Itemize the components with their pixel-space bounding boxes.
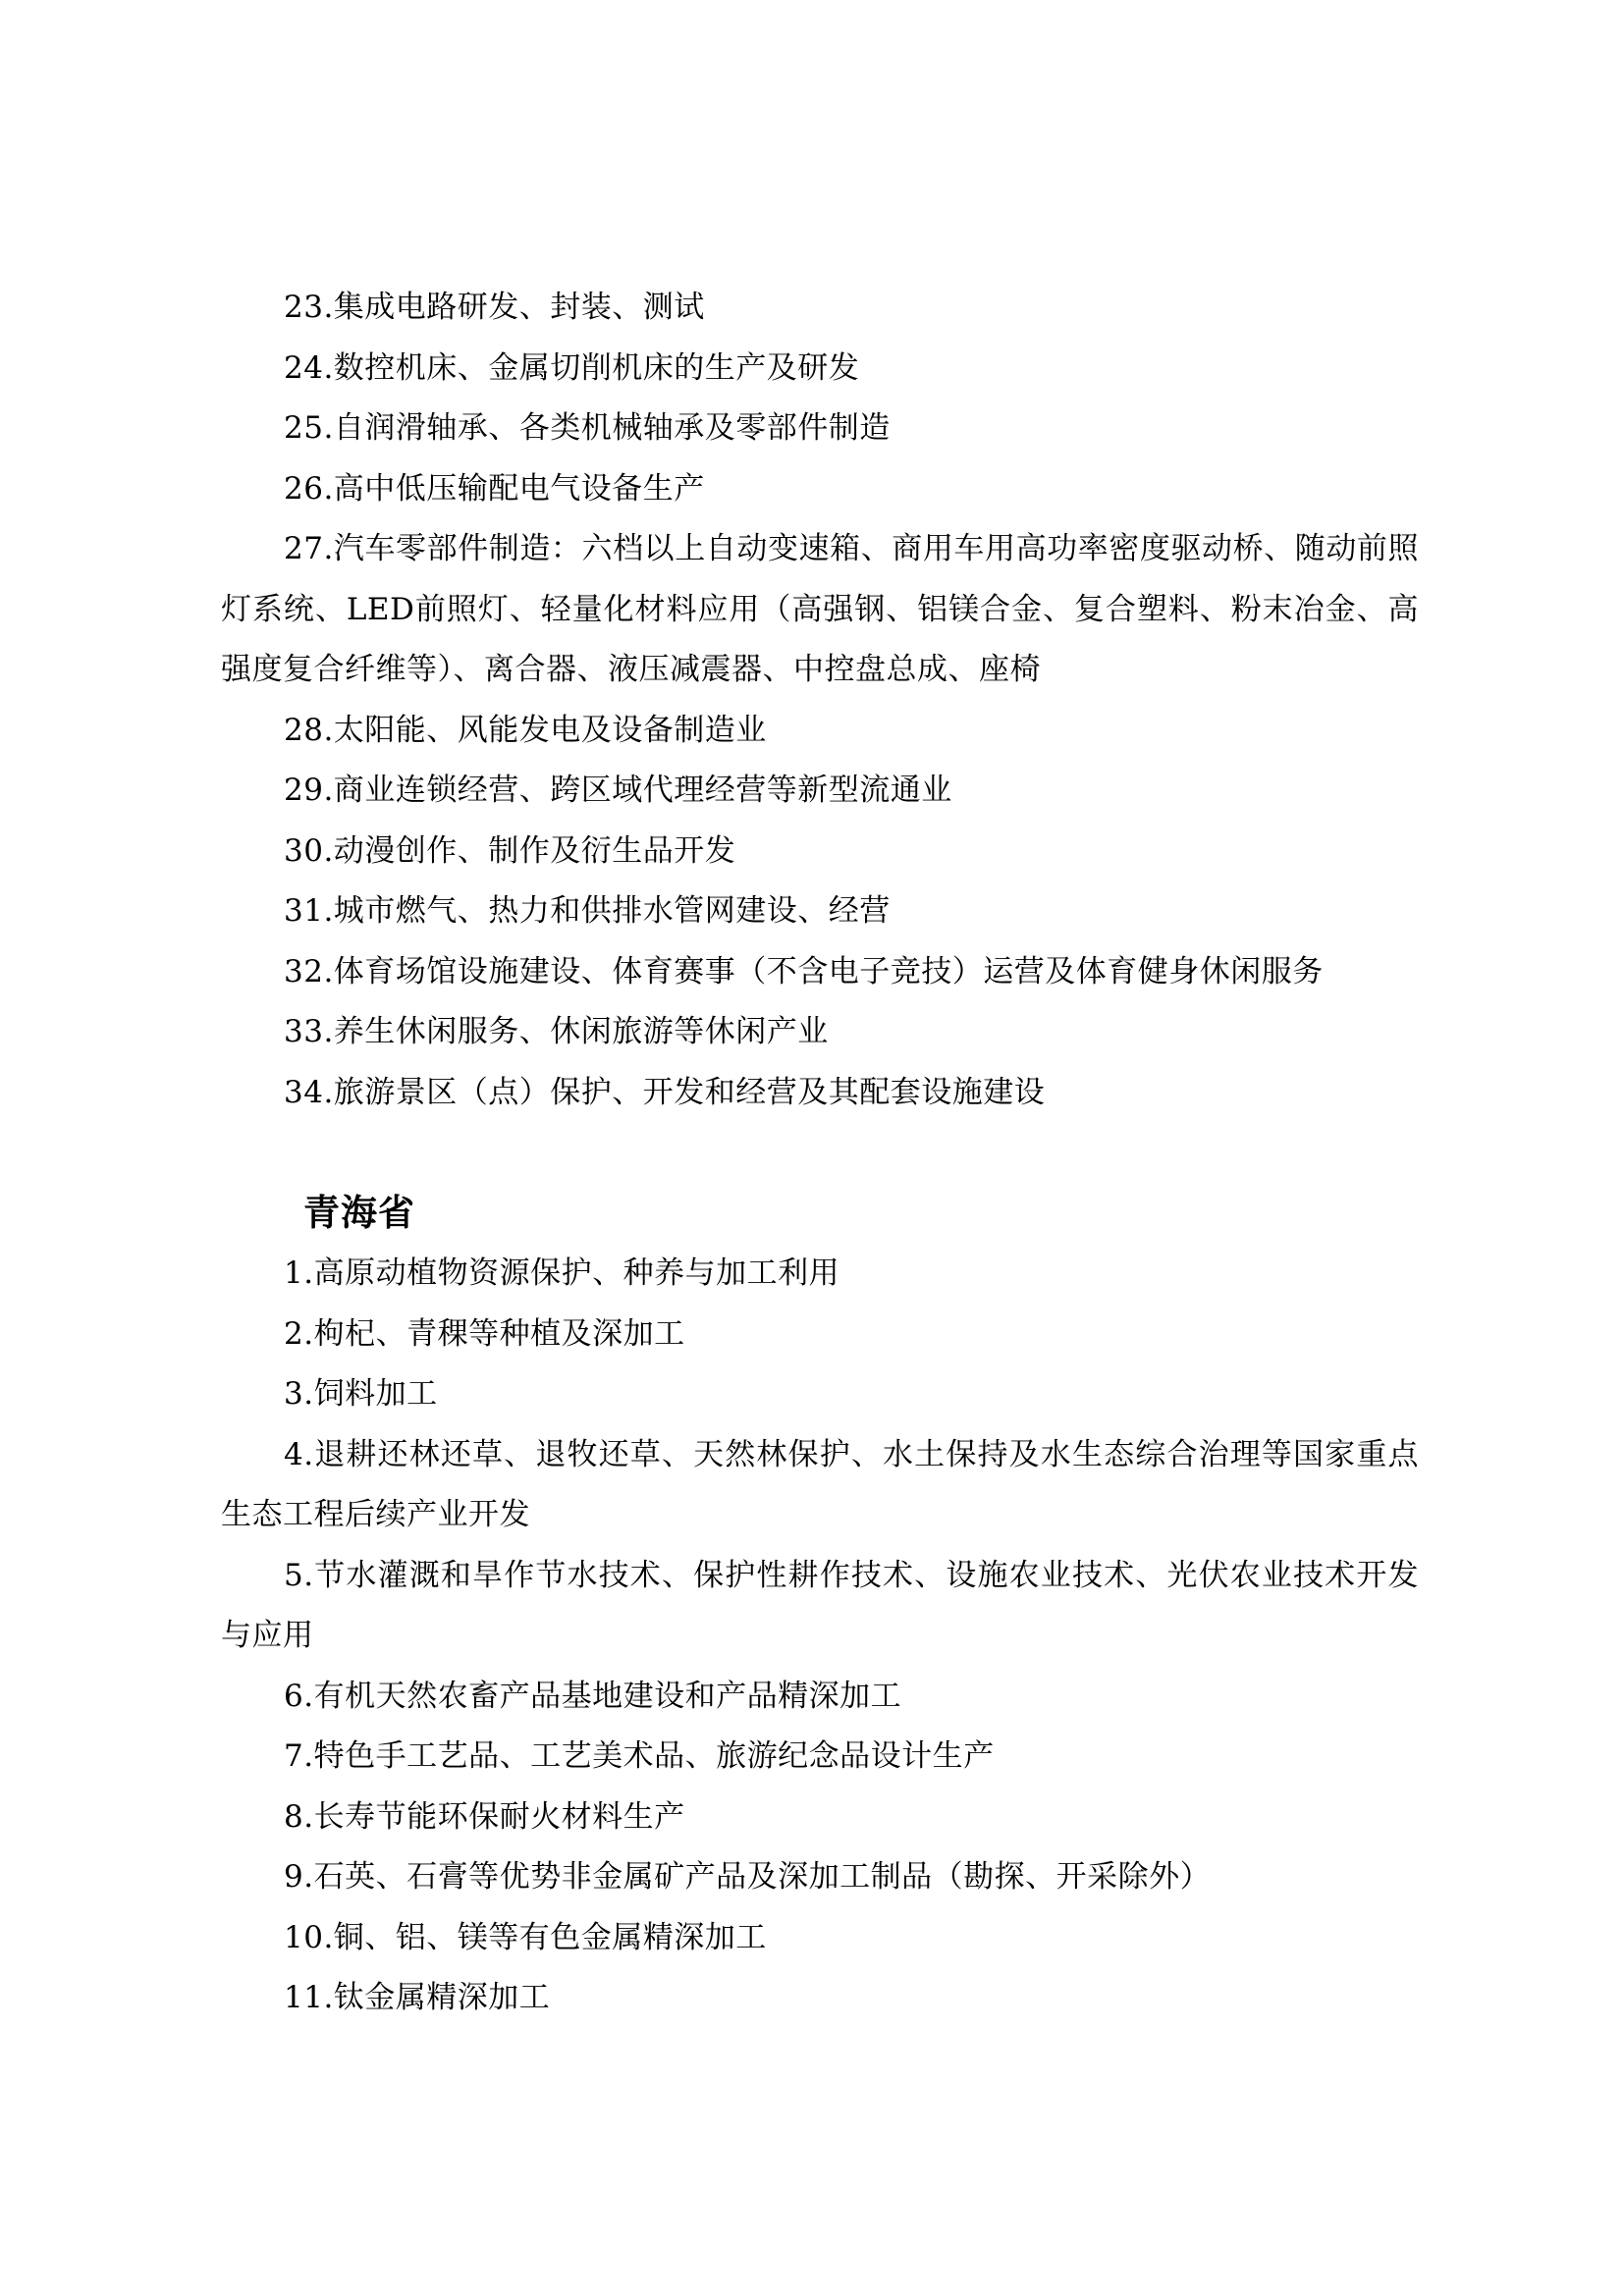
qinghai-item-6: 6.有机天然农畜产品基地建设和产品精深加工: [221, 1667, 1419, 1728]
list-item-26: 26.高中低压输配电气设备生产: [221, 459, 1419, 520]
list-item-23: 23.集成电路研发、封装、测试: [221, 278, 1419, 339]
qinghai-item-10: 10.铜、铝、镁等有色金属精深加工: [221, 1908, 1419, 1969]
list-item-34: 34.旅游景区（点）保护、开发和经营及其配套设施建设: [221, 1063, 1419, 1124]
list-item-30: 30.动漫创作、制作及衍生品开发: [221, 822, 1419, 882]
list-item-25: 25.自润滑轴承、各类机械轴承及零部件制造: [221, 399, 1419, 459]
qinghai-item-2: 2.枸杞、青稞等种植及深加工: [221, 1305, 1419, 1365]
section-title-qinghai: 青海省: [221, 1185, 1419, 1242]
qinghai-item-3: 3.饲料加工: [221, 1364, 1419, 1425]
qinghai-item-9: 9.石英、石膏等优势非金属矿产品及深加工制品（勘探、开采除外）: [221, 1847, 1419, 1908]
previous-province-list: 23.集成电路研发、封装、测试 24.数控机床、金属切削机床的生产及研发 25.…: [221, 278, 1419, 1123]
qinghai-list: 1.高原动植物资源保护、种养与加工利用 2.枸杞、青稞等种植及深加工 3.饲料加…: [221, 1244, 1419, 2029]
qinghai-item-11: 11.钛金属精深加工: [221, 1968, 1419, 2029]
qinghai-item-8: 8.长寿节能环保耐火材料生产: [221, 1788, 1419, 1848]
qinghai-item-5: 5.节水灌溉和旱作节水技术、保护性耕作技术、设施农业技术、光伏农业技术开发与应用: [221, 1546, 1419, 1667]
list-item-27: 27.汽车零部件制造：六档以上自动变速箱、商用车用高功率密度驱动桥、随动前照灯系…: [221, 519, 1419, 701]
list-item-31: 31.城市燃气、热力和供排水管网建设、经营: [221, 881, 1419, 942]
document-page: 23.集成电路研发、封装、测试 24.数控机床、金属切削机床的生产及研发 25.…: [221, 278, 1419, 2029]
list-item-24: 24.数控机床、金属切削机床的生产及研发: [221, 339, 1419, 400]
section-spacer: [221, 1123, 1419, 1185]
list-item-32: 32.体育场馆设施建设、体育赛事（不含电子竞技）运营及体育健身休闲服务: [221, 942, 1419, 1003]
list-item-33: 33.养生休闲服务、休闲旅游等休闲产业: [221, 1002, 1419, 1063]
qinghai-item-1: 1.高原动植物资源保护、种养与加工利用: [221, 1244, 1419, 1305]
list-item-28: 28.太阳能、风能发电及设备制造业: [221, 701, 1419, 762]
qinghai-item-4: 4.退耕还林还草、退牧还草、天然林保护、水土保持及水生态综合治理等国家重点生态工…: [221, 1425, 1419, 1546]
qinghai-item-7: 7.特色手工艺品、工艺美术品、旅游纪念品设计生产: [221, 1727, 1419, 1788]
list-item-29: 29.商业连锁经营、跨区域代理经营等新型流通业: [221, 761, 1419, 822]
